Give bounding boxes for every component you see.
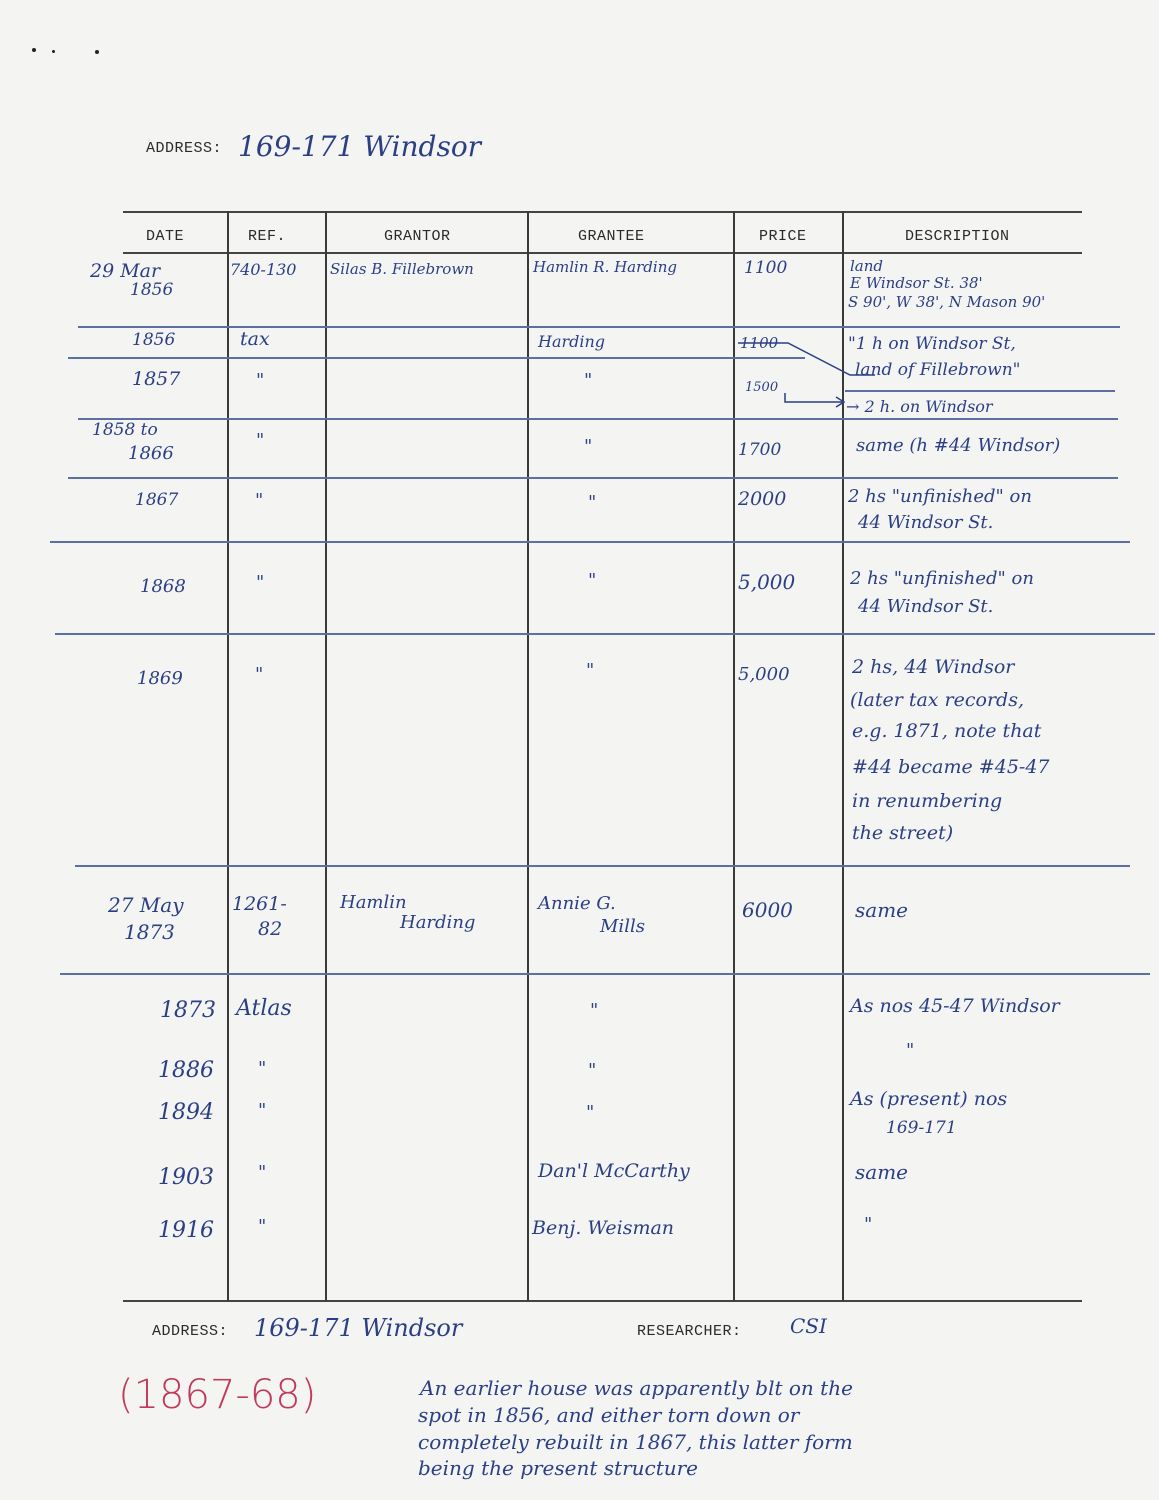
col-header-description: DESCRIPTION	[905, 228, 1010, 245]
researcher-label: RESEARCHER:	[637, 1323, 742, 1340]
address-label: ADDRESS:	[146, 140, 222, 157]
construction-date-range: (1867-68)	[118, 1372, 316, 1418]
col-header-price: PRICE	[759, 228, 807, 245]
col-header-grantor: GRANTOR	[384, 228, 451, 245]
researcher-value: CSI	[790, 1314, 827, 1338]
col-header-grantee: GRANTEE	[578, 228, 645, 245]
col-header-ref: REF.	[248, 228, 286, 245]
col-header-date: DATE	[146, 228, 184, 245]
footer-address-label: ADDRESS:	[152, 1323, 228, 1340]
address-value: 169-171 Windsor	[238, 130, 481, 163]
footer-address-value: 169-171 Windsor	[254, 1314, 462, 1342]
